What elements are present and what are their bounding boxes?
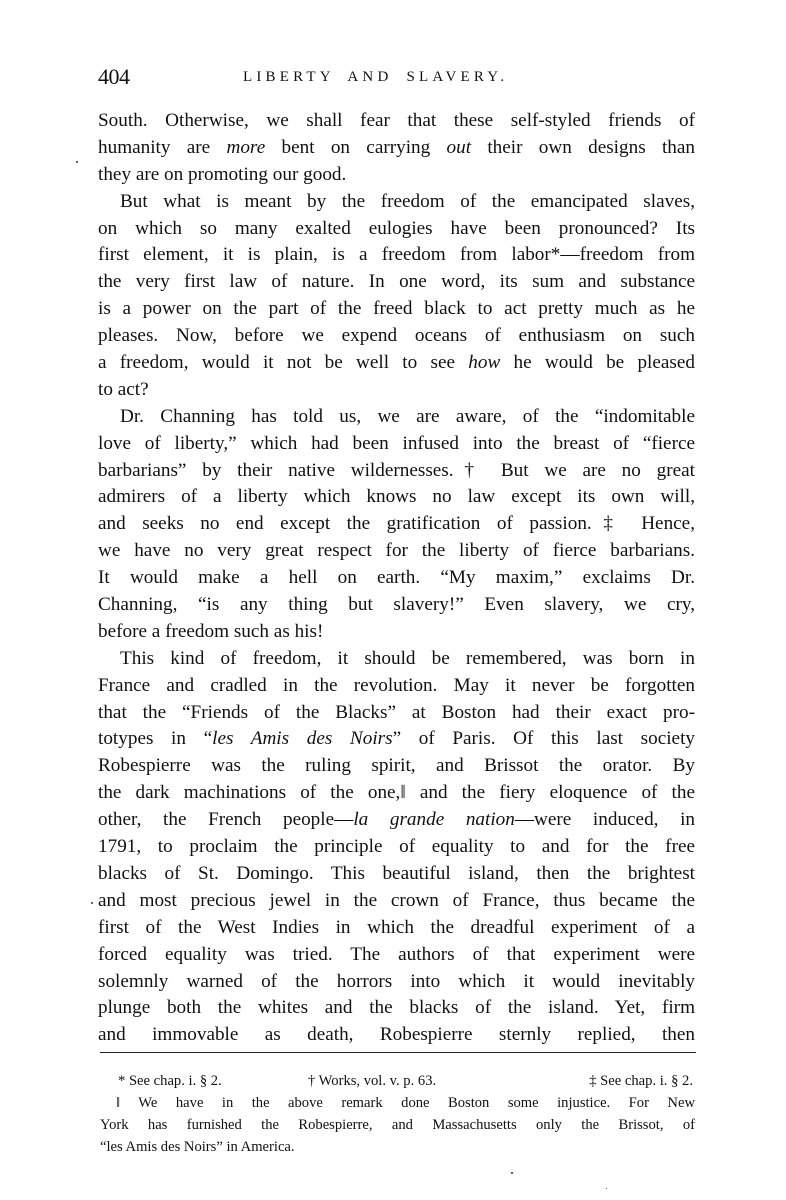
text-span: —were induced, in xyxy=(515,809,695,830)
italic-span: les Amis des Noirs xyxy=(212,728,392,749)
text-line: pleases. Now, before we expend oceans of… xyxy=(98,323,695,350)
text-line: to act? xyxy=(98,377,695,404)
text-line: first of the West Indies in which the dr… xyxy=(98,915,695,942)
footnote-dagger: † Works, vol. v. p. 63. xyxy=(308,1070,536,1092)
footnote-parallel-line: York has furnished the Robespierre, and … xyxy=(100,1114,695,1136)
text-line: France and cradled in the revolution. Ma… xyxy=(98,673,695,700)
text-span: totypes in “ xyxy=(98,728,212,749)
footnote-parallel-line: “les Amis des Noirs” in America. xyxy=(100,1136,695,1158)
text-line: blacks of St. Domingo. This beautiful is… xyxy=(98,861,695,888)
text-line: the dark machinations of the one,‖ and t… xyxy=(98,780,695,807)
text-line: a freedom, would it not be well to see h… xyxy=(98,350,695,377)
body-text: South. Otherwise, we shall fear that the… xyxy=(98,108,695,1049)
footnote-double-dagger: ‡ See chap. i. § 2. xyxy=(536,1070,695,1092)
text-span: their own designs than xyxy=(471,137,695,158)
footnote-parallel-line: ‖ We have in the above remark done Bosto… xyxy=(100,1092,695,1114)
text-line: love of liberty,” which had been infused… xyxy=(98,431,695,458)
text-span: a freedom, would it not be well to see xyxy=(98,352,468,373)
text-span: bent on carrying xyxy=(265,137,446,158)
text-line: admirers of a liberty which knows no law… xyxy=(98,484,695,511)
text-line: barbarians” by their native wildernesses… xyxy=(98,458,695,485)
text-line: It would make a hell on earth. “My maxim… xyxy=(98,565,695,592)
text-line: before a freedom such as his! xyxy=(98,619,695,646)
footnotes: * See chap. i. § 2. † Works, vol. v. p. … xyxy=(100,1070,695,1158)
italic-span: la grande nation xyxy=(353,809,515,830)
text-line: they are on promoting our good. xyxy=(98,162,695,189)
text-line: is a power on the part of the freed blac… xyxy=(98,296,695,323)
footnote-row: * See chap. i. § 2. † Works, vol. v. p. … xyxy=(100,1070,695,1092)
text-line: and most precious jewel in the crown of … xyxy=(98,888,695,915)
text-line: and immovable as death, Robespierre ster… xyxy=(98,1022,695,1049)
text-span: other, the French people— xyxy=(98,809,353,830)
text-line: 1791, to proclaim the principle of equal… xyxy=(98,834,695,861)
text-line: Robespierre was the ruling spirit, and B… xyxy=(98,753,695,780)
text-line: plunge both the whites and the blacks of… xyxy=(98,995,695,1022)
text-line: Channing, “is any thing but slavery!” Ev… xyxy=(98,592,695,619)
text-line: totypes in “les Amis des Noirs” of Paris… xyxy=(98,726,695,753)
text-span: humanity are xyxy=(98,137,226,158)
footnote-asterisk: * See chap. i. § 2. xyxy=(118,1070,308,1092)
text-line: on which so many exalted eulogies have b… xyxy=(98,216,695,243)
text-line: first element, it is plain, is a freedom… xyxy=(98,242,695,269)
text-line: South. Otherwise, we shall fear that the… xyxy=(98,108,695,135)
paragraph-start-line: This kind of freedom, it should be remem… xyxy=(98,646,695,673)
text-span: ” of Paris. Of this last society xyxy=(393,728,695,749)
footnote-divider xyxy=(100,1052,696,1053)
book-page: 404 LIBERTY AND SLAVERY. South. Otherwis… xyxy=(0,0,786,1200)
running-title: LIBERTY AND SLAVERY. xyxy=(243,64,508,90)
paragraph-start-line: Dr. Channing has told us, we are aware, … xyxy=(98,404,695,431)
text-line: solemnly warned of the horrors into whic… xyxy=(98,969,695,996)
italic-span: how xyxy=(468,352,500,373)
italic-span: out xyxy=(447,137,472,158)
italic-span: more xyxy=(226,137,265,158)
text-line: humanity are more bent on carrying out t… xyxy=(98,135,695,162)
scan-speck xyxy=(511,1172,513,1174)
page-number: 404 xyxy=(98,62,130,92)
running-head: 404 LIBERTY AND SLAVERY. xyxy=(98,62,695,92)
scan-speck xyxy=(606,1188,607,1189)
text-line: other, the French people—la grande natio… xyxy=(98,807,695,834)
text-line: and seeks no end except the gratificatio… xyxy=(98,511,695,538)
text-line: that the “Friends of the Blacks” at Bost… xyxy=(98,700,695,727)
scan-speck xyxy=(91,902,93,904)
paragraph-start-line: But what is meant by the freedom of the … xyxy=(98,189,695,216)
text-line: the very first law of nature. In one wor… xyxy=(98,269,695,296)
text-line: we have no very great respect for the li… xyxy=(98,538,695,565)
scan-speck xyxy=(76,161,78,163)
text-span: he would be pleased xyxy=(500,352,695,373)
text-line: forced equality was tried. The authors o… xyxy=(98,942,695,969)
